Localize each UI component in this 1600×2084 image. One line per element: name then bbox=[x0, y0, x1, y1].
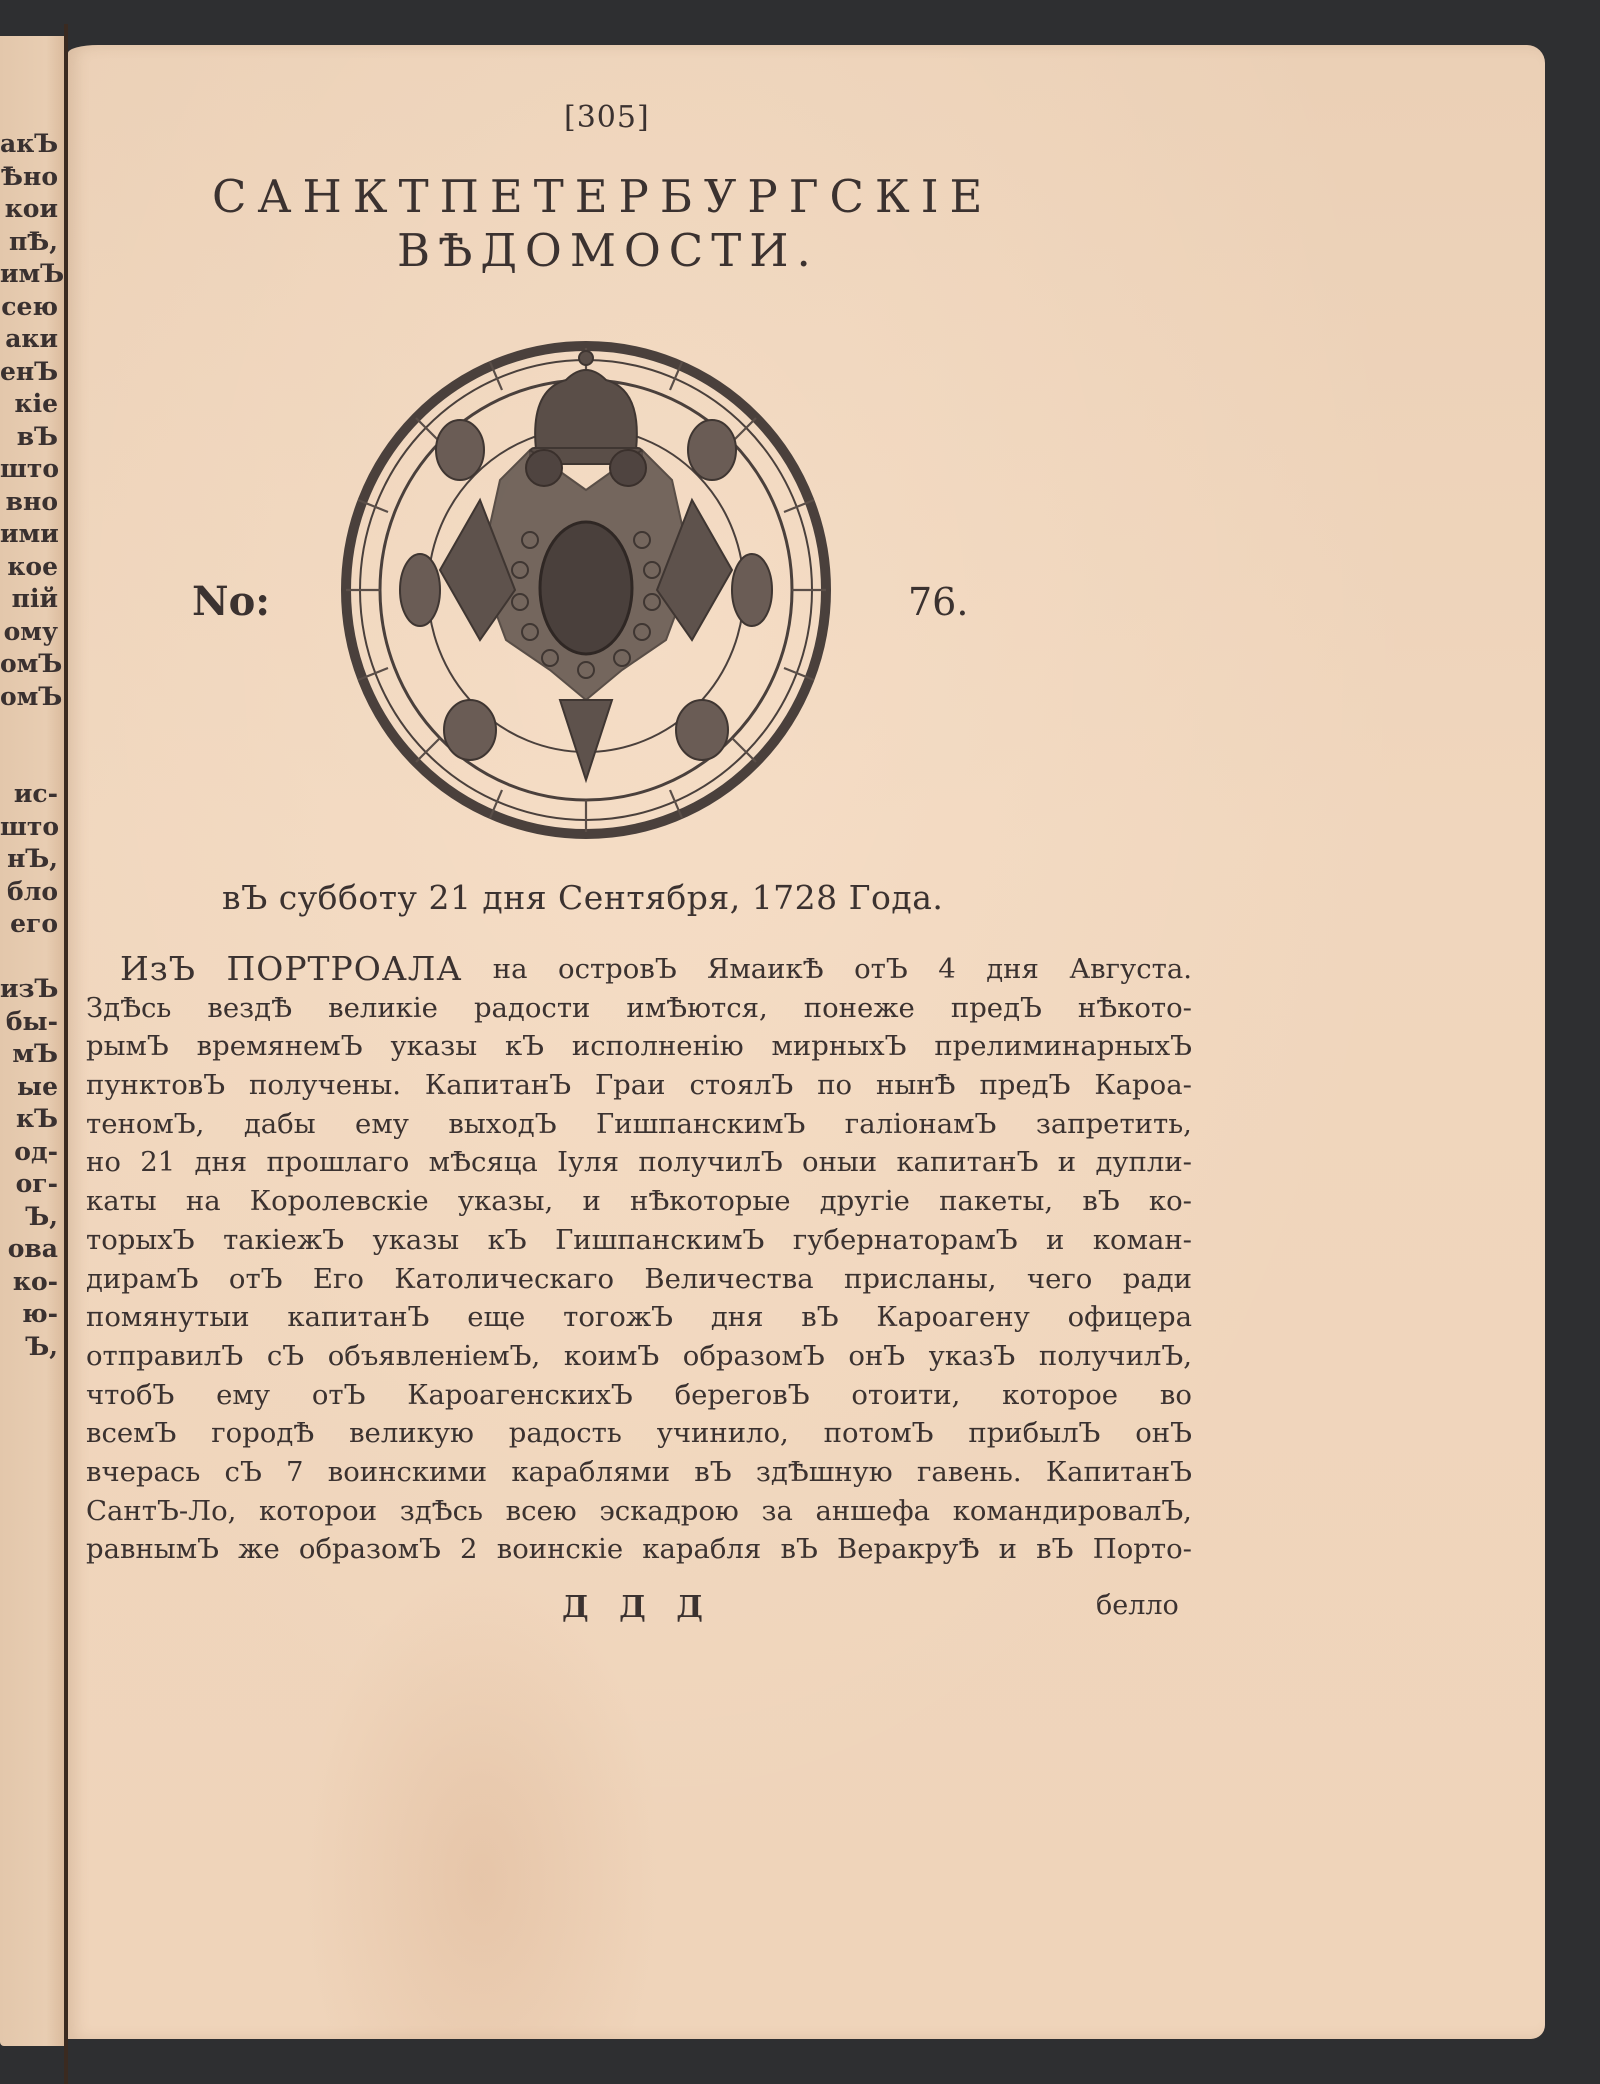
facing-page-fragment: акЪ bbox=[0, 128, 58, 161]
issue-number: 76. bbox=[908, 580, 968, 624]
article-line: катынаКоролевскіеуказы,инѢкоторыедругіеп… bbox=[86, 1182, 1192, 1221]
catchword: белло bbox=[1096, 1590, 1179, 1621]
facing-page-fragment bbox=[0, 746, 58, 779]
facing-page-fragment: пѢ, bbox=[0, 226, 58, 259]
facing-page-fragment: вно bbox=[0, 486, 58, 519]
article-line: вчерасьсЪ7воинскимикараблямивЪздѢшнуюгав… bbox=[86, 1453, 1192, 1492]
facing-page-fragment: од- bbox=[0, 1136, 58, 1169]
facing-page-fragment: вЪ bbox=[0, 421, 58, 454]
facing-page-fragment: ые bbox=[0, 1071, 58, 1104]
masthead-title-line2: ВѢДОМОСТИ. bbox=[397, 224, 819, 277]
article-line: СантЪ-Ло,котороиздѢсьвсеюэскадроюзааншеф… bbox=[86, 1492, 1192, 1531]
facing-page-fragment: пій bbox=[0, 583, 58, 616]
facing-page-fragment: ко- bbox=[0, 1266, 58, 1299]
article-line: ИзЪПОРТРОАЛАнаостровЪЯмаикѢотЪ4дняАвгуст… bbox=[86, 950, 1192, 989]
article-line: теномЪ,дабыемувыходЪГишпанскимЪгаліонамЪ… bbox=[86, 1105, 1192, 1144]
facing-page-fragment bbox=[0, 941, 58, 974]
issue-label: No: bbox=[192, 578, 270, 625]
facing-page-fragment: кіе bbox=[0, 388, 58, 421]
masthead-title-line1: САНКТПЕТЕРБУРГСКІЕ bbox=[212, 170, 993, 223]
article-line: дирамЪотЪЕгоКатолическагоВеличестваприсл… bbox=[86, 1260, 1192, 1299]
article-line: ЗдѢсьвездѢвеликіерадостиимѢются,понежепр… bbox=[86, 989, 1192, 1028]
facing-page-fragment: омЪ bbox=[0, 681, 58, 714]
article-line: отправилЪсЪобъявленіемЪ,коимЪобразомЪонЪ… bbox=[86, 1337, 1192, 1376]
facing-page-fragment: Ъ, bbox=[0, 1331, 58, 1364]
article-line: торыхЪтакіежЪуказыкЪГишпанскимЪгубернато… bbox=[86, 1221, 1192, 1260]
facing-page-text-fragments: акЪѢнокоипѢ,имЪсеюакиенЪкіевЪштовноимико… bbox=[0, 128, 58, 1363]
facing-page-fragment: его bbox=[0, 908, 58, 941]
facing-page-fragment: енЪ bbox=[0, 356, 58, 389]
facing-page-fragment: бы- bbox=[0, 1006, 58, 1039]
article-line: но21дняпрошлагомѢсяцаІуляполучилЪоныикап… bbox=[86, 1143, 1192, 1182]
facing-page-fragment: омЪ bbox=[0, 648, 58, 681]
facing-page-fragment: ова bbox=[0, 1233, 58, 1266]
imperial-double-headed-eagle-seal-icon bbox=[330, 340, 842, 840]
article-body: ИзЪПОРТРОАЛАнаостровЪЯмаикѢотЪ4дняАвгуст… bbox=[86, 950, 1192, 1569]
facing-page-fragment: изЪ bbox=[0, 973, 58, 1006]
facing-page-fragment: кое bbox=[0, 551, 58, 584]
article-line: чтобЪемуотЪКароагенскихЪбереговЪотоити,к… bbox=[86, 1376, 1192, 1415]
facing-page-fragment: мЪ bbox=[0, 1038, 58, 1071]
facing-page-fragment bbox=[0, 713, 58, 746]
facing-page-fragment: имЪ bbox=[0, 258, 58, 291]
facing-page-fragment: нЪ, bbox=[0, 843, 58, 876]
article-line: всемЪгородѢвеликуюрадостьучинило,потомЪп… bbox=[86, 1414, 1192, 1453]
article-line: помянутыикапитанЪещетогожЪднявЪКароагену… bbox=[86, 1298, 1192, 1337]
facing-page-fragment: бло bbox=[0, 876, 58, 909]
facing-page-fragment: аки bbox=[0, 323, 58, 356]
facing-page-fragment: кои bbox=[0, 193, 58, 226]
article-line: пунктовЪполучены.КапитанЪГраистоялЪпонын… bbox=[86, 1066, 1192, 1105]
facing-page-fragment: ис- bbox=[0, 778, 58, 811]
facing-page-fragment: ог- bbox=[0, 1168, 58, 1201]
issue-dateline: вЪ субботу 21 дня Сентября, 1728 Года. bbox=[222, 878, 943, 917]
facing-page-fragment: Ѣно bbox=[0, 161, 58, 194]
facing-page-fragment: Ъ, bbox=[0, 1201, 58, 1234]
facing-page-fragment: кЪ bbox=[0, 1103, 58, 1136]
page-number: [305] bbox=[564, 100, 650, 135]
facing-page-fragment: ю- bbox=[0, 1298, 58, 1331]
article-line: рымЪвремянемЪуказыкЪисполненіюмирныхЪпре… bbox=[86, 1027, 1192, 1066]
facing-page-fragment: што bbox=[0, 453, 58, 486]
article-line: равнымЪжеобразомЪ2воинскіекараблявЪВерак… bbox=[86, 1530, 1192, 1569]
signature-mark: Д Д Д bbox=[562, 1590, 713, 1625]
facing-page-fragment: што bbox=[0, 811, 58, 844]
facing-page-fragment: ими bbox=[0, 518, 58, 551]
facing-page-fragment: ому bbox=[0, 616, 58, 649]
facing-page-fragment: сею bbox=[0, 291, 58, 324]
